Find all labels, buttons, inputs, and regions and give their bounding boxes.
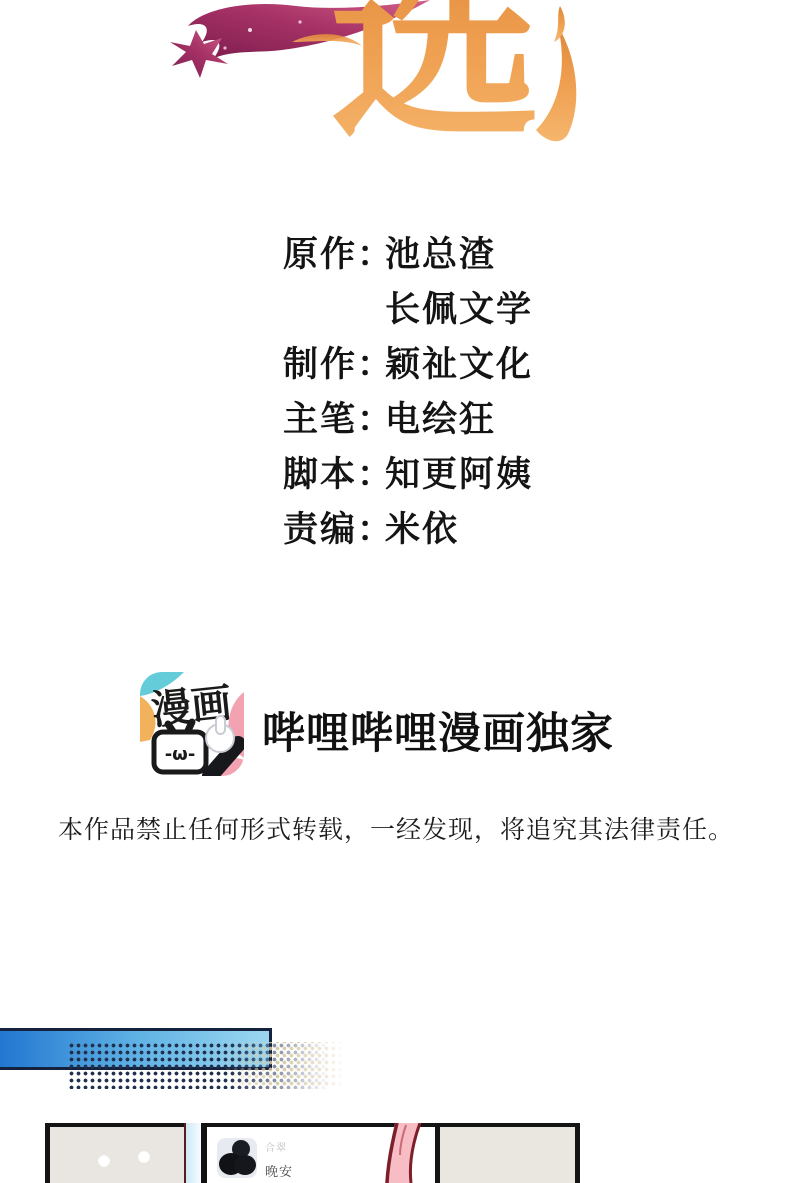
credit-label: 主笔： xyxy=(283,397,385,443)
title-flourish xyxy=(536,26,576,141)
divider-blue-bar xyxy=(0,1028,272,1070)
credit-row-lead-artist: 主笔：电绘狂 xyxy=(283,397,703,452)
credit-value: 池总渣 xyxy=(385,232,496,278)
credit-value: 电绘狂 xyxy=(385,397,496,443)
panel-blue-strip xyxy=(186,1123,201,1183)
credit-label: 责编： xyxy=(283,507,385,553)
credit-row-platform: 长佩文学 xyxy=(283,287,703,342)
avatar-silhouette xyxy=(217,1138,257,1178)
title-artwork: 选 xyxy=(0,0,792,152)
svg-text:-ω-: -ω- xyxy=(165,744,196,765)
sparkle-dot xyxy=(138,1151,150,1163)
credit-value: 长佩文学 xyxy=(385,287,533,333)
title-glyph: 选 xyxy=(330,0,576,152)
comic-panel: 合翠 晚安 xyxy=(45,1123,580,1183)
credit-label: 制作： xyxy=(283,342,385,388)
comic-panel-right-section xyxy=(435,1123,580,1183)
pink-hair-strand xyxy=(375,1123,455,1183)
credit-value: 知更阿姨 xyxy=(385,452,533,498)
chat-message-text: 晚安 xyxy=(265,1161,293,1180)
credits-block: 原作：池总渣 长佩文学 制作：颖祉文化 主笔：电绘狂 脚本：知更阿姨 责编：米依 xyxy=(283,232,703,562)
credit-row-original-work: 原作：池总渣 xyxy=(283,232,703,287)
bilibili-manga-app-icon: 漫画 -ω- xyxy=(140,672,244,776)
manga-credits-page: { "title_art": { "glyph": "选", "orange_f… xyxy=(0,0,792,1183)
legal-notice: 本作品禁止任何形式转载，一经发现，将追究其法律责任。 xyxy=(0,810,792,846)
credit-label: 脚本： xyxy=(283,452,385,498)
publisher-row: 漫画 -ω- 哔哩哔哩漫画独家 xyxy=(140,672,740,780)
comic-panel-left-section xyxy=(45,1123,186,1183)
chat-avatar xyxy=(217,1138,257,1178)
credit-row-script: 脚本：知更阿姨 xyxy=(283,452,703,507)
credit-value: 米依 xyxy=(385,507,459,553)
title-artwork-svg: 选 xyxy=(0,0,792,152)
credit-row-production: 制作：颖祉文化 xyxy=(283,342,703,397)
credit-row-editor: 责编：米依 xyxy=(283,507,703,562)
svg-text:选: 选 xyxy=(330,0,540,152)
bilibili-manga-icon-svg: 漫画 -ω- xyxy=(140,672,244,776)
credit-label: 原作： xyxy=(283,232,385,278)
credit-value: 颖祉文化 xyxy=(385,342,533,388)
chat-contact-name: 合翠 xyxy=(265,1139,287,1154)
sparkle-dot xyxy=(98,1155,110,1167)
publisher-headline: 哔哩哔哩漫画独家 xyxy=(262,700,614,761)
